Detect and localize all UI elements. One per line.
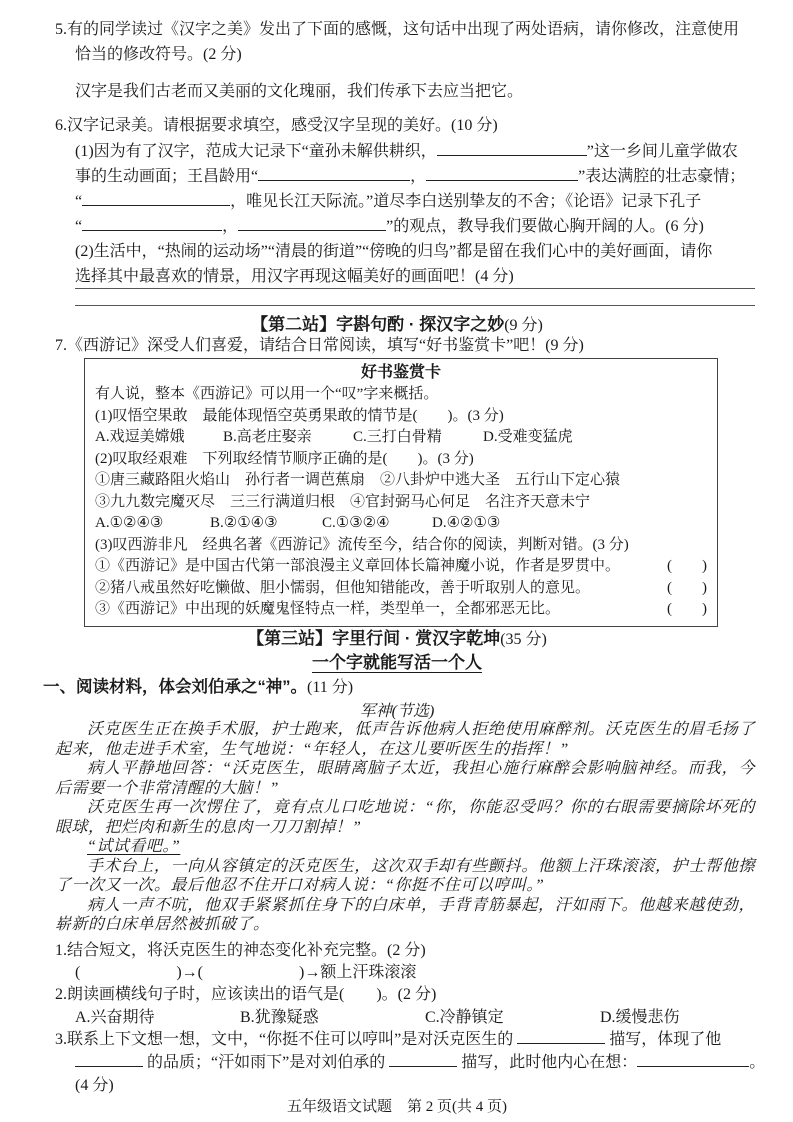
reading-q3-line1: 3.联系上下文想一想，文中，“你挺不住可以哼叫”是对沃克医生的 描写，体现了他 <box>55 1028 721 1052</box>
question-6-part1-line2: 事的生动画面；王昌龄用“，”表达满腔的壮志豪情； <box>75 165 745 189</box>
q6-text: ”这一乡间儿童学做农 <box>587 143 738 160</box>
reading-passage: 沃克医生正在换手术服，护士跑来，低声告诉他病人拒绝使用麻醉剂。沃克医生的眉毛扬了… <box>55 720 755 935</box>
blank-line <box>517 1028 605 1044</box>
judge-text: ③《西游记》中出现的妖魔鬼怪特点一样，类型单一，全都邪恶无比。 <box>95 599 560 621</box>
reading-q1-answer-row: ( )→( )→额上汗珠滚滚 <box>75 961 416 985</box>
option-c: C.三打白骨精 <box>353 427 483 449</box>
station-2-title: 【第二站】字斟句酌 · 探汉字之妙(9 分) <box>47 310 747 335</box>
q6-text: ”的观点，教导我们要做心胸开阔的人。(6 分) <box>386 218 704 235</box>
question-5-line1: 5.有的同学读过《汉字之美》发出了下面的感慨，这句话中出现了两处语病，请你修改，… <box>55 18 739 42</box>
blank-line <box>637 1051 749 1067</box>
blank-line <box>389 1051 457 1067</box>
option-d: D.④②①③ <box>432 513 500 535</box>
paragraph-underlined: “试试看吧。” <box>55 837 755 857</box>
paragraph: 手术台上，一向从容镇定的沃克医生，这次双手却有些颤抖。他额上汗珠滚滚，护士帮他擦… <box>55 857 755 896</box>
card-sub2: (2)叹取经艰难 下列取经情节顺序正确的是( )。(3 分) <box>95 449 707 471</box>
book-review-card: 好书鉴赏卡 有人说，整本《西游记》可以用一个“叹”字来概括。 (1)叹悟空果敢 … <box>84 358 718 627</box>
reading-heading-main: 一、阅读材料，体会刘伯承之“神”。 <box>43 678 307 696</box>
option-a: A.戏逗美嫦娥 <box>95 427 223 449</box>
blank-line <box>258 165 410 181</box>
q6-text: “ <box>75 193 82 210</box>
card-title: 好书鉴赏卡 <box>95 362 707 384</box>
paragraph: 病人一声不吭，他双手紧紧抓住身下的白床单，手背青筋暴起，汗如雨下。他越来越使劲，… <box>55 896 755 935</box>
reading-q2: 2.朗读画横线句子时，应该读出的语气是( )。(2 分) <box>55 983 436 1007</box>
judge-paren: ( ) <box>667 556 707 578</box>
question-5-line2: 恰当的修改符号。(2 分) <box>75 43 242 67</box>
exam-page: 5.有的同学读过《汉字之美》发出了下面的感慨，这句话中出现了两处语病，请你修改，… <box>0 0 793 1122</box>
blank-line <box>238 215 386 231</box>
paragraph: 沃克医生再一次愣住了，竟有点儿口吃地说：“你，你能忍受吗？你的右眼需要摘除坏死的… <box>55 798 755 837</box>
q6-text: 事的生动画面；王昌龄用“ <box>75 168 258 185</box>
q6-text: “ <box>75 218 82 235</box>
option-b: B.犹豫疑惑 <box>240 1006 425 1030</box>
article-title: 军神(节选) <box>47 698 747 721</box>
blank-line <box>82 215 222 231</box>
judge-text: ①《西游记》是中国古代第一部浪漫主义章回体长篇神魔小说，作者是罗贯中。 <box>95 556 620 578</box>
judge-row-2: ②猪八戒虽然好吃懒做、胆小懦弱，但他知错能改，善于听取别人的意见。 ( ) <box>95 578 707 600</box>
q6-text: ”表达满腔的壮志豪情； <box>578 168 745 185</box>
option-b: B.②①④③ <box>210 513 322 535</box>
blank-line <box>426 165 578 181</box>
station-3-title: 【第三站】字里行间 · 赏汉字乾坤(35 分) <box>47 624 747 649</box>
question-6-part2-line1: (2)生活中，“热闹的运动场”“清晨的街道”“傍晚的归鸟”都是留在我们心中的美好… <box>75 240 712 264</box>
reading-subtitle: 一个字就能写活一个人 <box>47 648 747 673</box>
option-b: B.高老庄娶亲 <box>223 427 353 449</box>
question-7-intro: 7.《西游记》深受人们喜爱，请结合日常阅读，填写“好书鉴赏卡”吧！(9 分) <box>55 334 584 358</box>
judge-text: ②猪八戒虽然好吃懒做、胆小懦弱，但他知错能改，善于听取别人的意见。 <box>95 578 590 600</box>
question-6-part1-line1: (1)因为有了汉字，范成大记录下“童孙未解供耕织，”这一乡间儿童学做农 <box>75 140 738 164</box>
judge-row-3: ③《西游记》中出现的妖魔鬼怪特点一样，类型单一，全都邪恶无比。 ( ) <box>95 599 707 621</box>
judge-row-1: ①《西游记》是中国古代第一部浪漫主义章回体长篇神魔小说，作者是罗贯中。 ( ) <box>95 556 707 578</box>
q6-text: ， <box>410 168 426 185</box>
answer-rule-line <box>75 288 755 289</box>
card-sub3: (3)叹西游非凡 经典名著《西游记》流传至今，结合你的阅读，判断对错。(3 分) <box>95 535 707 557</box>
reading-q3-line2: 的品质；“汗如雨下”是对刘伯承的 描写，此时他内心在想：。 <box>75 1051 765 1075</box>
judge-paren: ( ) <box>667 599 707 621</box>
card-sub1: (1)叹悟空果敢 最能体现悟空英勇果敢的情节是( )。(3 分) <box>95 406 707 428</box>
station-3-main: 【第三站】字里行间 · 赏汉字乾坤 <box>247 629 500 648</box>
reading-q1: 1.结合短文，将沃克医生的神态变化补充完整。(2 分) <box>55 939 426 963</box>
option-a: A.兴奋期待 <box>75 1006 240 1030</box>
paragraph: 沃克医生正在换手术服，护士跑来，低声告诉他病人拒绝使用麻醉剂。沃克医生的眉毛扬了… <box>55 720 755 759</box>
card-sub1-options: A.戏逗美嫦娥 B.高老庄娶亲 C.三打白骨精 D.受难变猛虎 <box>95 427 707 449</box>
reading-heading: 一、阅读材料，体会刘伯承之“神”。(11 分) <box>43 673 353 697</box>
station-2-score: (9 分) <box>504 317 543 334</box>
reading-heading-score: (11 分) <box>307 679 353 696</box>
reading-q2-options: A.兴奋期待 B.犹豫疑惑 C.冷静镇定 D.缓慢悲伤 <box>75 1006 755 1030</box>
station-2-main: 【第二站】字斟句酌 · 探汉字之妙 <box>251 315 504 334</box>
question-5-sentence: 汉字是我们古老而又美丽的文化瑰丽，我们传承下去应当把它。 <box>75 80 523 104</box>
question-6-part1-line3: “，唯见长江天际流。”道尽李白送别挚友的不舍；《论语》记录下孔子 <box>75 190 701 214</box>
option-d: D.缓慢悲伤 <box>600 1006 680 1030</box>
option-d: D.受难变猛虎 <box>483 427 573 449</box>
judge-paren: ( ) <box>667 578 707 600</box>
blank-line <box>75 1051 143 1067</box>
station-3-score: (35 分) <box>500 631 547 648</box>
answer-rule-line <box>75 305 755 306</box>
q6-text: ，唯见长江天际流。”道尽李白送别挚友的不舍；《论语》记录下孔子 <box>230 193 701 210</box>
question-6-part2-line2: 选择其中最喜欢的情景，用汉字再现这幅美好的画面吧！(4 分) <box>75 265 514 289</box>
card-sub2-item-row1: ①唐三藏路阻火焰山 孙行者一调芭蕉扇 ②八卦炉中逃大圣 五行山下定心猿 <box>95 470 707 492</box>
option-a: A.①②④③ <box>95 513 210 535</box>
option-c: C.冷静镇定 <box>425 1006 600 1030</box>
question-6-intro: 6.汉字记录美。请根据要求填空，感受汉字呈现的美好。(10 分) <box>55 114 498 138</box>
question-6-part1-line4: “，”的观点，教导我们要做心胸开阔的人。(6 分) <box>75 215 704 239</box>
blank-line <box>82 190 230 206</box>
q6-text: ， <box>222 218 238 235</box>
q6-text: (1)因为有了汉字，范成大记录下“童孙未解供耕织， <box>75 143 437 160</box>
paragraph: 病人平静地回答：“沃克医生，眼睛离脑子太近，我担心施行麻醉会影响脑神经。而我，今… <box>55 759 755 798</box>
footer-page-number: 五年级语文试题 第 2 页(共 4 页) <box>47 1095 747 1116</box>
option-c: C.①③②④ <box>322 513 432 535</box>
card-lead: 有人说，整本《西游记》可以用一个“叹”字来概括。 <box>95 384 707 406</box>
card-sub2-item-row2: ③九九数完魔灭尽 三三行满道归根 ④官封弼马心何足 名注齐天意未宁 <box>95 492 707 514</box>
blank-line <box>437 140 587 156</box>
card-sub2-options: A.①②④③ B.②①④③ C.①③②④ D.④②①③ <box>95 513 707 535</box>
